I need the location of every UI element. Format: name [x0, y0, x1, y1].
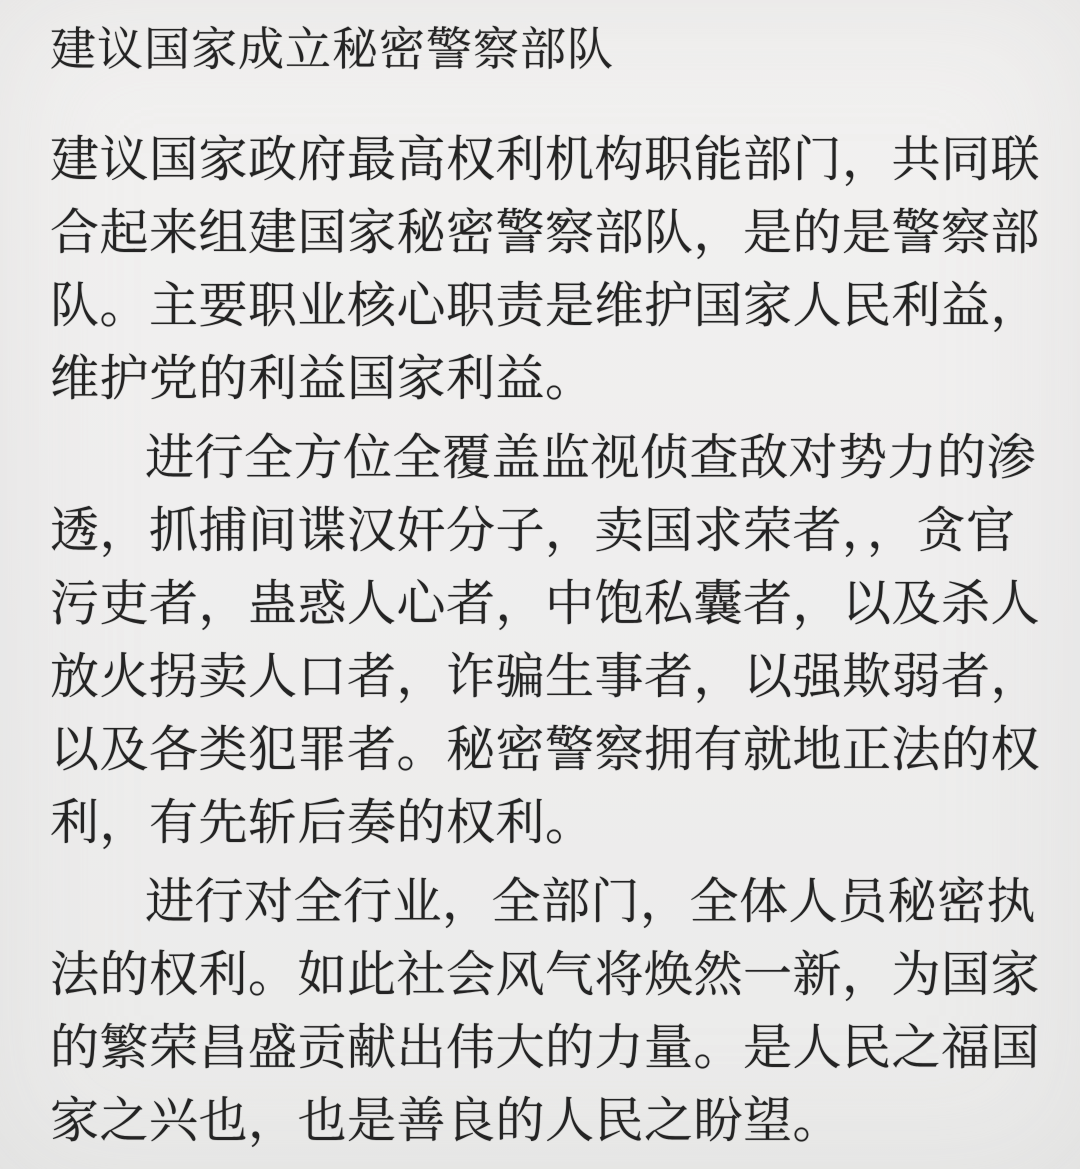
text-line: 队。主要职业核心职责是维护国家人民利益， [50, 270, 1052, 343]
text-line: 维护党的利益国家利益。 [50, 343, 1052, 416]
paragraph: 进行全方位全覆盖监视侦查敌对势力的渗 透，抓捕间谍汉奸分子，卖国求荣者，，贪官 … [50, 422, 1052, 860]
text-line: 透，抓捕间谍汉奸分子，卖国求荣者，，贪官 [50, 495, 1052, 568]
text-line: 污吏者，蛊惑人心者，中饱私囊者，以及杀人 [50, 568, 1052, 641]
text-line: 以及各类犯罪者。秘密警察拥有就地正法的权 [50, 714, 1052, 787]
text-line: 家之兴也，也是善良的人民之盼望。 [50, 1085, 1052, 1158]
text-line: 的繁荣昌盛贡献出伟大的力量。是人民之福国 [50, 1012, 1052, 1085]
text-line: 利，有先斩后奏的权利。 [50, 787, 1052, 860]
text-line: 法的权利。如此社会风气将焕然一新，为国家 [50, 939, 1052, 1012]
text-line: 进行对全行业，全部门，全体人员秘密执 [50, 866, 1052, 939]
document-page: 建议国家成立秘密警察部队 建议国家政府最高权利机构职能部门，共同联 合起来组建国… [0, 0, 1080, 1169]
document-body: 建议国家政府最高权利机构职能部门，共同联 合起来组建国家秘密警察部队，是的是警察… [50, 124, 1052, 1158]
document-title: 建议国家成立秘密警察部队 [50, 18, 1052, 80]
text-line: 建议国家政府最高权利机构职能部门，共同联 [50, 124, 1052, 197]
paragraph: 进行对全行业，全部门，全体人员秘密执 法的权利。如此社会风气将焕然一新，为国家 … [50, 866, 1052, 1158]
text-line: 放火拐卖人口者，诈骗生事者，以强欺弱者， [50, 641, 1052, 714]
text-line: 合起来组建国家秘密警察部队，是的是警察部 [50, 197, 1052, 270]
text-line: 进行全方位全覆盖监视侦查敌对势力的渗 [50, 422, 1052, 495]
paragraph: 建议国家政府最高权利机构职能部门，共同联 合起来组建国家秘密警察部队，是的是警察… [50, 124, 1052, 416]
